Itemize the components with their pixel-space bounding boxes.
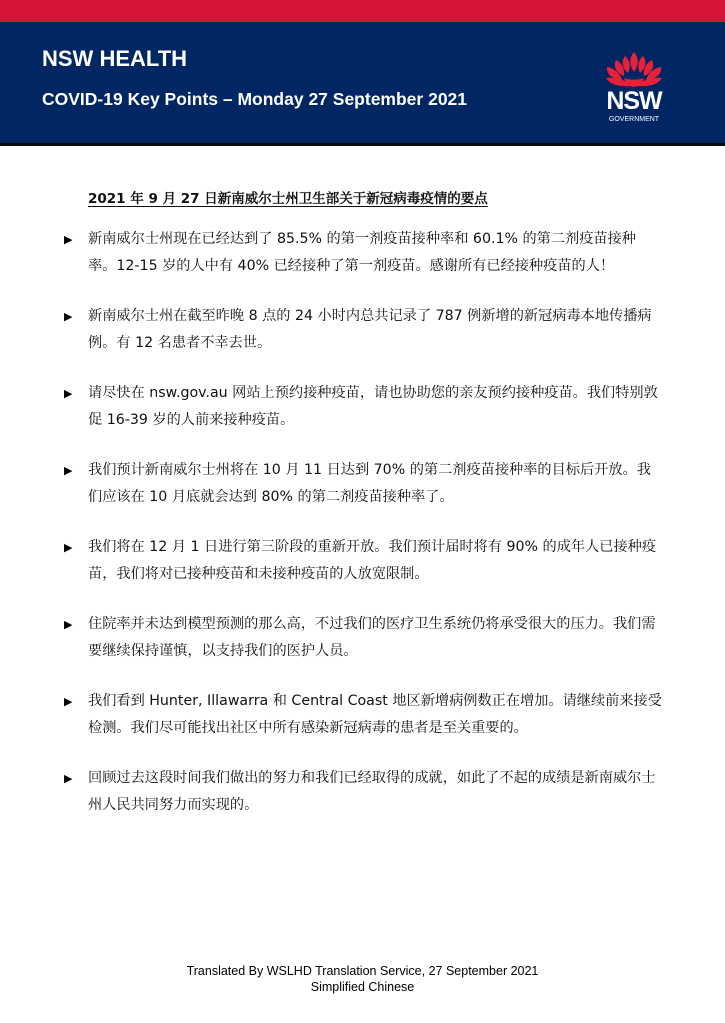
key-point: ▶我们预计新南威尔士州将在 10 月 11 日达到 70% 的第二剂疫苗接种率的… [64,457,664,511]
header-title: NSW HEALTH [42,46,187,72]
key-point: ▶我们将在 12 月 1 日进行第三阶段的重新开放。我们预计届时将有 90% 的… [64,534,664,588]
key-point: ▶回顾过去这段时间我们做出的努力和我们已经取得的成就，如此了不起的成绩是新南威尔… [64,765,664,819]
document-heading: 2021 年 9 月 27 日新南威尔士州卫生部关于新冠病毒疫情的要点 [88,187,488,207]
key-point: ▶新南威尔士州现在已经达到了 85.5% 的第一剂疫苗接种率和 60.1% 的第… [64,226,664,280]
key-point-text: 请尽快在 nsw.gov.au 网站上预约接种疫苗，请也协助您的亲友预约接种疫苗… [88,385,658,428]
bullet-triangle-icon: ▶ [64,611,72,638]
header-subtitle: COVID-19 Key Points – Monday 27 Septembe… [42,89,467,110]
waratah-icon [598,50,670,90]
header-red-band [0,0,725,22]
key-point: ▶请尽快在 nsw.gov.au 网站上预约接种疫苗，请也协助您的亲友预约接种疫… [64,380,664,434]
logo-wordmark: NSW [598,88,670,114]
footer-credit: Translated By WSLHD Translation Service,… [0,963,725,979]
key-point: ▶住院率并未达到模型预测的那么高，不过我们的医疗卫生系统仍将承受很大的压力。我们… [64,611,664,665]
bullet-triangle-icon: ▶ [64,765,72,792]
key-points-list: ▶新南威尔士州现在已经达到了 85.5% 的第一剂疫苗接种率和 60.1% 的第… [64,226,664,842]
key-point-text: 新南威尔士州现在已经达到了 85.5% 的第一剂疫苗接种率和 60.1% 的第二… [88,231,636,274]
key-point: ▶我们看到 Hunter, Illawarra 和 Central Coast … [64,688,664,742]
bullet-triangle-icon: ▶ [64,688,72,715]
key-point-text: 回顾过去这段时间我们做出的努力和我们已经取得的成就，如此了不起的成绩是新南威尔士… [88,770,656,813]
bullet-triangle-icon: ▶ [64,534,72,561]
nsw-government-logo: NSW GOVERNMENT [598,50,670,132]
key-point-text: 我们预计新南威尔士州将在 10 月 11 日达到 70% 的第二剂疫苗接种率的目… [88,462,651,505]
bullet-triangle-icon: ▶ [64,303,72,330]
bullet-triangle-icon: ▶ [64,226,72,253]
logo-tagline: GOVERNMENT [598,116,670,123]
key-point: ▶新南威尔士州在截至昨晚 8 点的 24 小时内总共记录了 787 例新增的新冠… [64,303,664,357]
key-point-text: 我们将在 12 月 1 日进行第三阶段的重新开放。我们预计届时将有 90% 的成… [88,539,656,582]
key-point-text: 我们看到 Hunter, Illawarra 和 Central Coast 地… [88,693,662,736]
header-divider [0,143,725,146]
bullet-triangle-icon: ▶ [64,380,72,407]
bullet-triangle-icon: ▶ [64,457,72,484]
translation-footer: Translated By WSLHD Translation Service,… [0,963,725,995]
footer-language: Simplified Chinese [0,979,725,995]
key-point-text: 住院率并未达到模型预测的那么高，不过我们的医疗卫生系统仍将承受很大的压力。我们需… [88,616,656,659]
key-point-text: 新南威尔士州在截至昨晚 8 点的 24 小时内总共记录了 787 例新增的新冠病… [88,308,652,351]
